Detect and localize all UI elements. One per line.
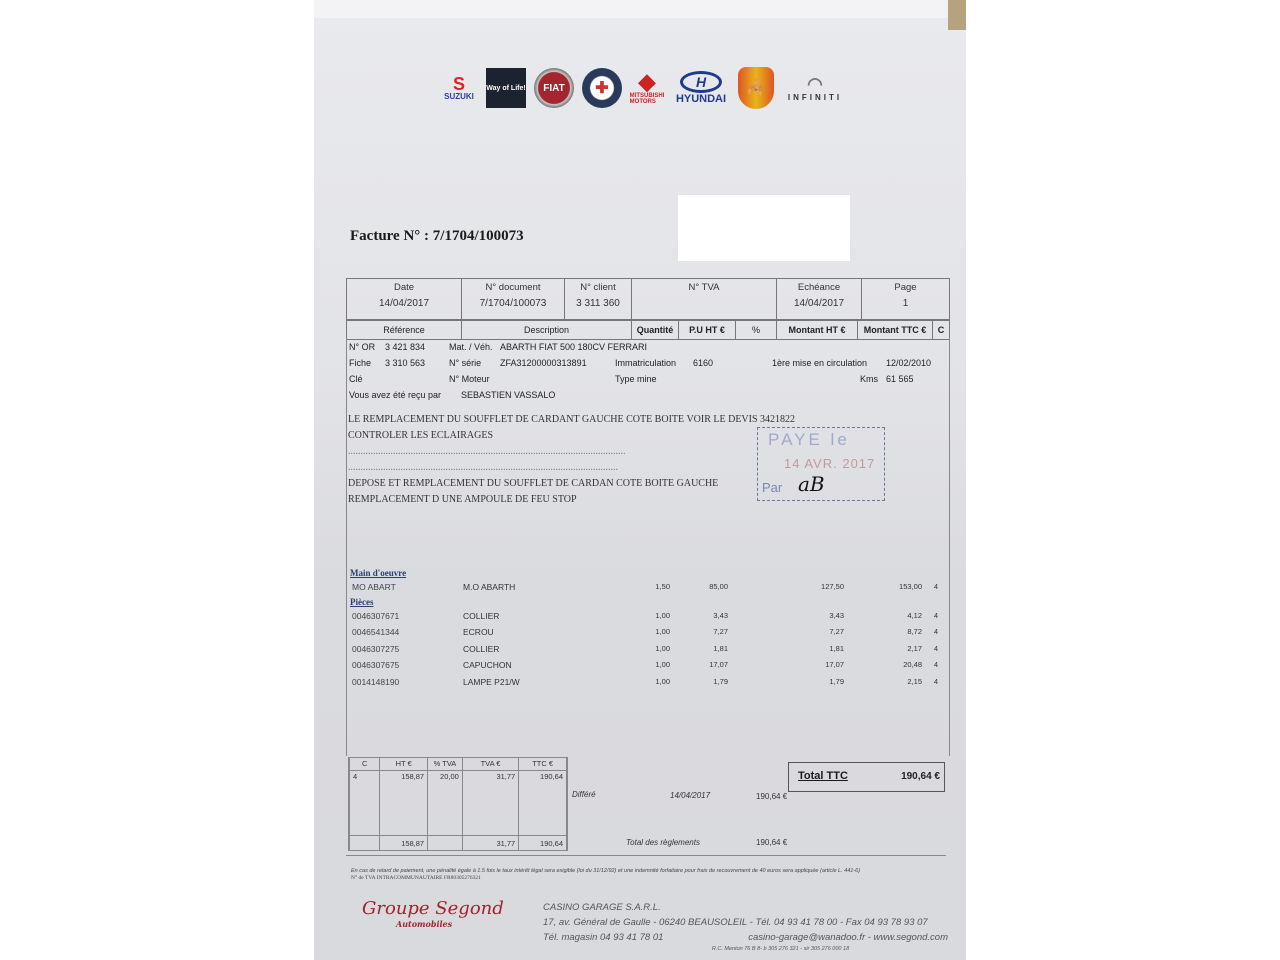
- stamp-date: 14 AVR. 2017: [784, 456, 875, 471]
- redacted-block: [678, 195, 850, 261]
- vat-total-cell: [428, 836, 463, 851]
- description-line: LE REMPLACEMENT DU SOUFFLET DE CARDANT G…: [348, 412, 795, 428]
- line-pu: 17,07: [690, 660, 728, 669]
- way-of-life-logo-icon: Way of Life!: [486, 68, 526, 108]
- fiche-value: 3 310 563: [385, 358, 425, 368]
- paper-clip-tab: [948, 0, 966, 30]
- groupe-segond-logo: Groupe Segond Automobiles: [362, 898, 504, 929]
- vat-cell: 31,77: [462, 771, 518, 836]
- line-desc: CAPUCHON: [463, 660, 512, 670]
- line-ref: 0046307275: [352, 644, 399, 654]
- first-registration-label: 1ère mise en circulation: [772, 358, 867, 368]
- late-payment-notice: En cas de retard de paiement, une pénali…: [351, 868, 946, 875]
- signature: aB: [798, 472, 825, 496]
- vat-col-c: C: [350, 758, 380, 771]
- vat-total-cell: 158,87: [380, 836, 428, 851]
- line-ref: 0046541344: [352, 627, 399, 637]
- registration-label: Immatriculation: [615, 358, 676, 368]
- vat-total-cell: 31,77: [462, 836, 518, 851]
- col-quantity: Quantité: [632, 321, 679, 340]
- company-address: 17, av. Général de Gaulle - 06240 BEAUSO…: [543, 915, 948, 930]
- total-ttc-box: Total TTC 190,64 €: [788, 762, 945, 792]
- fiat-logo-icon: FIAT: [534, 68, 574, 108]
- section-title: Main d'oeuvre: [350, 568, 948, 580]
- group-subtitle: Automobiles: [396, 919, 504, 929]
- paper-top-edge: [314, 0, 966, 18]
- abarth-logo-icon: 🦂: [738, 67, 774, 109]
- line-desc: ECROU: [463, 627, 494, 637]
- description-line: ........................................…: [348, 444, 795, 460]
- vehicle-info: N° OR 3 421 834 Mat. / Véh. ABARTH FIAT …: [349, 342, 949, 406]
- invoice-line-row: MO ABARTM.O ABARTH1,5085,00127,50153,004: [350, 580, 948, 597]
- line-c: 4: [932, 611, 940, 620]
- vat-cell: 190,64: [519, 771, 567, 836]
- line-qty: 1,00: [640, 611, 670, 620]
- col-amount-ht: Montant HT €: [777, 321, 858, 340]
- company-name: CASINO GARAGE S.A.R.L.: [543, 900, 948, 915]
- line-ht: 1,81: [796, 644, 844, 653]
- invoice-line-row: 0014148190LAMPE P21/W1,001,791,792,154: [350, 675, 948, 692]
- line-ht: 7,27: [796, 627, 844, 636]
- vat-cell: 20,00: [428, 771, 463, 836]
- line-ttc: 2,15: [872, 677, 922, 686]
- description-line: REMPLACEMENT D UNE AMPOULE DE FEU STOP: [348, 492, 795, 508]
- col-amount-ttc: Montant TTC €: [858, 321, 933, 340]
- payments-total-label: Total des règlements: [626, 838, 700, 847]
- engine-label: N° Moteur: [449, 374, 490, 384]
- line-ttc: 8,72: [872, 627, 922, 636]
- payment-date: 14/04/2017: [670, 791, 710, 800]
- description-line: CONTROLER LES ECLAIRAGES: [348, 428, 795, 444]
- alfa-romeo-logo-icon: ✚: [582, 68, 622, 108]
- legal-notice: En cas de retard de paiement, une pénali…: [351, 868, 946, 882]
- line-qty: 1,00: [640, 660, 670, 669]
- vat-total-cell: [350, 836, 380, 851]
- line-ht: 127,50: [796, 582, 844, 591]
- first-registration-value: 12/02/2010: [886, 358, 931, 368]
- vat-col-rate: % TVA: [428, 758, 463, 771]
- payment-amount: 190,64 €: [756, 792, 787, 801]
- invoice-line-row: 0046307275COLLIER1,001,811,812,174: [350, 642, 948, 659]
- invoice-line-row: 0046307675CAPUCHON1,0017,0717,0720,484: [350, 658, 948, 675]
- line-desc: COLLIER: [463, 644, 499, 654]
- received-by-value: SEBASTIEN VASSALO: [461, 390, 555, 400]
- total-ttc-value: 190,64 €: [901, 771, 940, 782]
- line-qty: 1,00: [640, 627, 670, 636]
- description-line: DEPOSE ET REMPLACEMENT DU SOUFFLET DE CA…: [348, 476, 795, 492]
- kms-label: Kms: [860, 374, 878, 384]
- registration-value: 6160: [693, 358, 713, 368]
- or-value: 3 421 834: [385, 342, 425, 352]
- vehicle-label: Mat. / Véh.: [449, 342, 493, 352]
- invoice-line-row: 0046307671COLLIER1,003,433,434,124: [350, 609, 948, 626]
- key-label: Clé: [349, 374, 363, 384]
- line-pu: 1,79: [690, 677, 728, 686]
- line-pu: 85,00: [690, 582, 728, 591]
- invoice-header-table: Date14/04/2017 N° document7/1704/100073 …: [346, 278, 950, 320]
- col-reference: Référence: [347, 321, 462, 340]
- line-ref: MO ABART: [352, 582, 396, 592]
- line-desc: COLLIER: [463, 611, 499, 621]
- tva-cell: N° TVA: [632, 279, 777, 320]
- hyundai-logo-icon: HHYUNDAI: [672, 71, 730, 105]
- line-pu: 3,43: [690, 611, 728, 620]
- section-title: Pièces: [350, 597, 948, 609]
- payments-total-amount: 190,64 €: [756, 838, 787, 847]
- intra-vat-number: N° de TVA INTRACOMMUNAUTAIRE FR803052763…: [351, 875, 946, 882]
- invoice-lines: Main d'oeuvreMO ABARTM.O ABARTH1,5085,00…: [350, 568, 948, 691]
- line-ref: 0046307675: [352, 660, 399, 670]
- line-c: 4: [932, 627, 940, 636]
- line-ttc: 153,00: [872, 582, 922, 591]
- divider: [346, 855, 946, 856]
- serial-label: N° série: [449, 358, 481, 368]
- invoice-line-row: 0046541344ECROU1,007,277,278,724: [350, 625, 948, 642]
- total-ttc-label: Total TTC: [798, 770, 848, 782]
- document-cell: N° document7/1704/100073: [462, 279, 565, 320]
- vat-col-tva: TVA €: [462, 758, 518, 771]
- due-date-cell: Echéance14/04/2017: [777, 279, 862, 320]
- paid-stamp: PAYE le 14 AVR. 2017 Par aB: [757, 427, 885, 501]
- vat-summary-table: C HT € % TVA TVA € TTC € 4 158,87 20,00 …: [348, 757, 568, 851]
- company-registration: R.C. Menton 76 B 8- b 305 276 321 - sir …: [613, 945, 948, 954]
- line-ref: 0014148190: [352, 677, 399, 687]
- stamp-text: PAYE le: [768, 430, 850, 450]
- col-description: Description: [462, 321, 632, 340]
- vat-col-ttc: TTC €: [519, 758, 567, 771]
- line-qty: 1,50: [640, 582, 670, 591]
- received-by-label: Vous avez été reçu par: [349, 390, 441, 400]
- line-c: 4: [932, 644, 940, 653]
- page-cell: Page1: [862, 279, 950, 320]
- vat-cell: 158,87: [380, 771, 428, 836]
- group-name: Groupe Segond: [362, 898, 504, 919]
- line-ref: 0046307671: [352, 611, 399, 621]
- col-unit-price: P.U HT €: [679, 321, 736, 340]
- line-ht: 1,79: [796, 677, 844, 686]
- shop-phone: Tél. magasin 04 93 41 78 01: [543, 930, 663, 945]
- type-mine-label: Type mine: [615, 374, 657, 384]
- or-label: N° OR: [349, 342, 375, 352]
- serial-value: ZFA31200000313891: [500, 358, 587, 368]
- line-c: 4: [932, 582, 940, 591]
- line-qty: 1,00: [640, 677, 670, 686]
- line-qty: 1,00: [640, 644, 670, 653]
- vat-col-ht: HT €: [380, 758, 428, 771]
- line-pu: 7,27: [690, 627, 728, 636]
- line-desc: M.O ABARTH: [463, 582, 515, 592]
- line-pu: 1,81: [690, 644, 728, 653]
- col-percent: %: [736, 321, 777, 340]
- infiniti-logo-icon: ◠INFINITI: [782, 75, 848, 102]
- col-c: C: [933, 321, 950, 340]
- line-ttc: 20,48: [872, 660, 922, 669]
- payment-method: Différé: [572, 790, 596, 799]
- date-cell: Date14/04/2017: [347, 279, 462, 320]
- mitsubishi-logo-icon: ◆MITSUBISHI MOTORS: [630, 71, 664, 105]
- company-info: CASINO GARAGE S.A.R.L. 17, av. Général d…: [543, 900, 948, 954]
- vehicle-value: ABARTH FIAT 500 180CV FERRARI: [500, 342, 647, 352]
- invoice-title: Facture N° : 7/1704/100073: [350, 228, 524, 245]
- brand-logos: SSUZUKI Way of Life! FIAT ✚ ◆MITSUBISHI …: [440, 62, 880, 114]
- line-desc: LAMPE P21/W: [463, 677, 520, 687]
- line-ttc: 2,17: [872, 644, 922, 653]
- kms-value: 61 565: [886, 374, 914, 384]
- client-cell: N° client3 311 360: [565, 279, 632, 320]
- vat-total-cell: 190,64: [519, 836, 567, 851]
- line-ht: 3,43: [796, 611, 844, 620]
- line-c: 4: [932, 677, 940, 686]
- stamp-par: Par: [762, 480, 782, 495]
- company-web[interactable]: casino-garage@wanadoo.fr - www.segond.co…: [748, 930, 948, 945]
- line-c: 4: [932, 660, 940, 669]
- vat-cell: 4: [350, 771, 380, 836]
- column-headers: Référence Description Quantité P.U HT € …: [346, 320, 950, 340]
- description-line: ........................................…: [348, 460, 795, 476]
- work-description: LE REMPLACEMENT DU SOUFFLET DE CARDANT G…: [348, 412, 795, 508]
- line-ht: 17,07: [796, 660, 844, 669]
- fiche-label: Fiche: [349, 358, 371, 368]
- line-ttc: 4,12: [872, 611, 922, 620]
- suzuki-logo-icon: SSUZUKI: [440, 76, 478, 101]
